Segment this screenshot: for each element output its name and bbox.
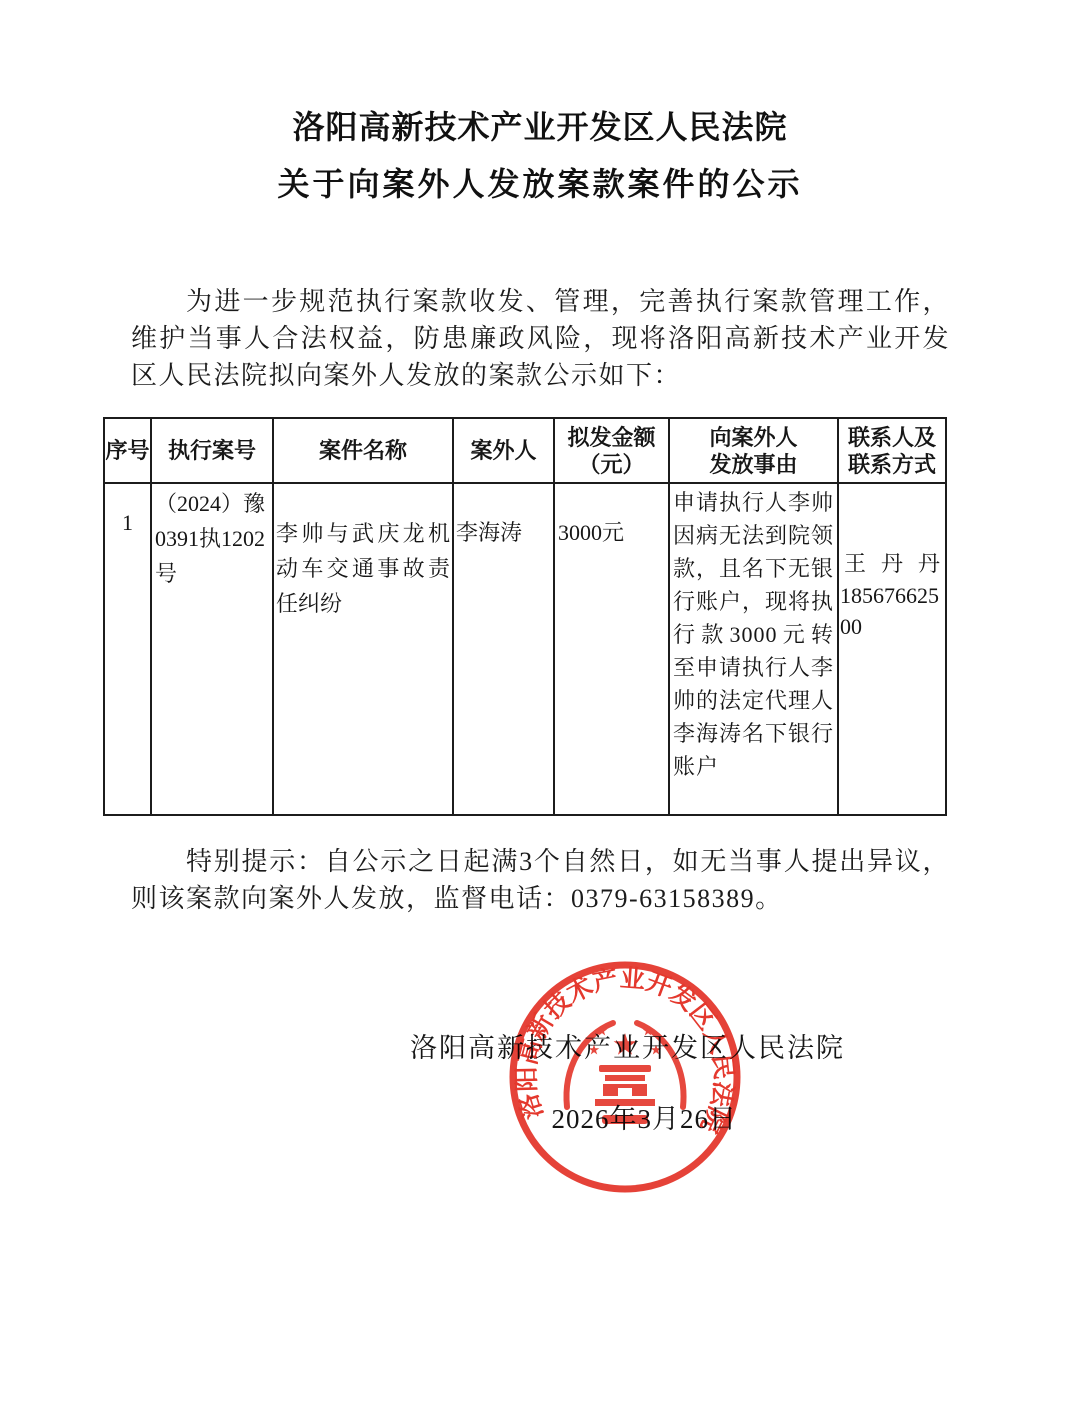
case-funds-table: 序号 执行案号 案件名称 案外人 拟发金额 （元） 向案外人 发放事由 联系人及… xyxy=(103,417,947,816)
cell-seq: 1 xyxy=(104,483,151,815)
header-case-name: 案件名称 xyxy=(273,418,453,483)
contact-phone-number: 18567662500 xyxy=(840,580,946,642)
page-title-line2: 关于向案外人发放案款案件的公示 xyxy=(0,163,1080,205)
header-reason: 向案外人 发放事由 xyxy=(669,418,838,483)
intro-paragraph: 为进一步规范执行案款收发、管理，完善执行案款管理工作，维护当事人合法权益，防患廉… xyxy=(131,283,950,394)
header-contact: 联系人及 联系方式 xyxy=(838,418,946,483)
header-outsider: 案外人 xyxy=(453,418,554,483)
cell-case-no: （2024）豫0391执1202号 xyxy=(151,483,273,815)
cell-amount: 3000元 xyxy=(554,483,669,815)
notice-paragraph: 特别提示：自公示之日起满3个自然日，如无当事人提出异议，则该案款向案外人发放，监… xyxy=(131,843,950,917)
document-date: 2026年3月26日 xyxy=(0,1100,950,1138)
header-seq: 序号 xyxy=(104,418,151,483)
document-page: 洛阳高新技术产业开发区人民法院 关于向案外人发放案款案件的公示 为进一步规范执行… xyxy=(0,0,1080,1411)
cell-reason: 申请执行人李帅因病无法到院领款，且名下无银行账户，现将执行款3000元转至申请执… xyxy=(669,483,838,815)
header-amount: 拟发金额 （元） xyxy=(554,418,669,483)
cell-case-name: 李帅与武庆龙机动车交通事故责任纠纷 xyxy=(273,483,453,815)
court-signature: 洛阳高新技术产业开发区人民法院 xyxy=(0,1029,950,1067)
official-seal: 洛阳高新技术产业开发区人民法院 xyxy=(505,957,745,1197)
official-seal-graphic: 洛阳高新技术产业开发区人民法院 xyxy=(505,957,745,1197)
cell-outsider: 李海涛 xyxy=(453,483,554,815)
header-case-no: 执行案号 xyxy=(151,418,273,483)
contact-person-name: 王丹丹 xyxy=(840,548,944,580)
seal-ring xyxy=(513,965,737,1189)
cell-contact: 王丹丹 18567662500 xyxy=(838,483,946,815)
table-header-row: 序号 执行案号 案件名称 案外人 拟发金额 （元） 向案外人 发放事由 联系人及… xyxy=(104,418,946,483)
table-row: 1 （2024）豫0391执1202号 李帅与武庆龙机动车交通事故责任纠纷 李海… xyxy=(104,483,946,815)
page-title-line1: 洛阳高新技术产业开发区人民法院 xyxy=(0,0,1080,148)
